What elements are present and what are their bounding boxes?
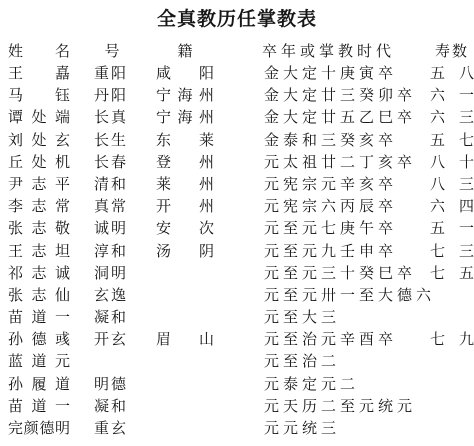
name-cell: 张志仙 (8, 285, 70, 307)
name-cell: 张志敬 (8, 218, 70, 240)
death-or-era-cell: 金大定廿三癸卯卒 (264, 85, 450, 107)
age-cell: 六一 (430, 85, 474, 107)
hao-cell: 长生 (94, 130, 134, 152)
hao-cell: 重玄 (94, 418, 134, 440)
table-row: 王志坦 淳和 汤阴 元至元九壬申卒 七三 (0, 241, 474, 263)
nativeplace-cell: 登州 (156, 152, 214, 174)
table-row: 苗道一 凝和 元天历二至元统元 (0, 396, 474, 418)
age-cell: 八十 (430, 152, 474, 174)
header-nativeplace: 籍 (156, 41, 214, 63)
table-row: 祁志诚 洞明 元至元三十癸巳卒 七五 (0, 263, 474, 285)
nativeplace-cell: 眉山 (156, 329, 214, 351)
nativeplace-cell: 东莱 (156, 130, 214, 152)
age-cell: 七九 (430, 329, 474, 351)
table-body: 王嚞 重阳 咸阳 金大定十庚寅卒 五八 马钰 丹阳 宁海州 金大定廿三癸卯卒 六… (0, 63, 474, 440)
hao-cell: 玄逸 (94, 285, 134, 307)
name-cell: 王嚞 (8, 63, 70, 85)
age-cell: 七三 (430, 241, 474, 263)
death-or-era-cell: 元泰定元二 (264, 374, 450, 396)
death-or-era-cell: 元至元卅一至大德六 (264, 285, 450, 307)
table-row: 张志仙 玄逸 元至元卅一至大德六 (0, 285, 474, 307)
name-cell: 完颜德明 (8, 418, 70, 440)
name-cell: 苗道一 (8, 307, 70, 329)
nativeplace-cell: 开州 (156, 196, 214, 218)
death-or-era-cell: 金泰和三癸亥卒 (264, 130, 450, 152)
table-header-row: 姓名 号 籍 卒年或掌教时代 寿数 (0, 41, 474, 63)
page-title: 全真教历任掌教表 (0, 0, 474, 32)
leaders-table: 姓名 号 籍 卒年或掌教时代 寿数 王嚞 重阳 咸阳 金大定十庚寅卒 五八 马钰… (0, 41, 474, 440)
name-cell: 孙德彧 (8, 329, 70, 351)
name-cell: 李志常 (8, 196, 70, 218)
nativeplace-cell: 安次 (156, 218, 214, 240)
death-or-era-cell: 元太祖廿二丁亥卒 (264, 152, 450, 174)
table-row: 丘处机 长春 登州 元太祖廿二丁亥卒 八十 (0, 152, 474, 174)
name-cell: 丘处机 (8, 152, 70, 174)
name-cell: 苗道一 (8, 396, 70, 418)
name-cell: 王志坦 (8, 241, 70, 263)
death-or-era-cell: 金大定十庚寅卒 (264, 63, 450, 85)
hao-cell: 淳和 (94, 241, 134, 263)
age-cell: 七五 (430, 263, 474, 285)
hao-cell: 凝和 (94, 396, 134, 418)
nativeplace-cell: 宁海州 (156, 85, 214, 107)
hao-cell: 长春 (94, 152, 134, 174)
table-row: 张志敬 诚明 安次 元至元七庚午卒 五一 (0, 218, 474, 240)
hao-cell: 凝和 (94, 307, 134, 329)
table-row: 蓝道元 元至治二 (0, 351, 474, 373)
nativeplace-cell: 莱州 (156, 174, 214, 196)
header-surname-givenname: 姓名 (8, 41, 70, 63)
death-or-era-cell: 元宪宗元辛亥卒 (264, 174, 450, 196)
header-death-or-era: 卒年或掌教时代 (262, 41, 448, 63)
hao-cell: 丹阳 (94, 85, 134, 107)
death-or-era-cell: 元天历二至元统元 (264, 396, 450, 418)
death-or-era-cell: 金大定廿五乙巳卒 (264, 107, 450, 129)
age-cell: 六四 (430, 196, 474, 218)
hao-cell: 长真 (94, 107, 134, 129)
hao-cell: 诚明 (94, 218, 134, 240)
table-row: 王嚞 重阳 咸阳 金大定十庚寅卒 五八 (0, 63, 474, 85)
hao-cell: 清和 (94, 174, 134, 196)
table-row: 谭处端 长真 宁海州 金大定廿五乙巳卒 六三 (0, 107, 474, 129)
table-row: 完颜德明 重玄 元元统三 (0, 418, 474, 440)
death-or-era-cell: 元至元九壬申卒 (264, 241, 450, 263)
name-cell: 蓝道元 (8, 351, 70, 373)
name-cell: 祁志诚 (8, 263, 70, 285)
name-cell: 谭处端 (8, 107, 70, 129)
header-hao: 号 (94, 41, 130, 63)
age-cell: 八三 (430, 174, 474, 196)
nativeplace-cell: 宁海州 (156, 107, 214, 129)
hao-cell: 洞明 (94, 263, 134, 285)
age-cell: 六三 (430, 107, 474, 129)
name-cell: 马钰 (8, 85, 70, 107)
age-cell: 五一 (430, 218, 474, 240)
table-row: 刘处玄 长生 东莱 金泰和三癸亥卒 五七 (0, 130, 474, 152)
hao-cell: 明德 (94, 374, 134, 396)
nativeplace-cell: 咸阳 (156, 63, 214, 85)
name-cell: 刘处玄 (8, 130, 70, 152)
death-or-era-cell: 元至大三 (264, 307, 450, 329)
table-row: 孙履道 明德 元泰定元二 (0, 374, 474, 396)
death-or-era-cell: 元宪宗六丙辰卒 (264, 196, 450, 218)
name-cell: 尹志平 (8, 174, 70, 196)
scanned-page: { "title": "全真教历任掌教表", "table": { "heade… (0, 0, 474, 446)
hao-cell: 真常 (94, 196, 134, 218)
table-row: 李志常 真常 开州 元宪宗六丙辰卒 六四 (0, 196, 474, 218)
table-row: 孙德彧 开玄 眉山 元至治元辛酉卒 七九 (0, 329, 474, 351)
death-or-era-cell: 元至元七庚午卒 (264, 218, 450, 240)
table-row: 马钰 丹阳 宁海州 金大定廿三癸卯卒 六一 (0, 85, 474, 107)
death-or-era-cell: 元至治二 (264, 351, 450, 373)
table-row: 苗道一 凝和 元至大三 (0, 307, 474, 329)
header-age: 寿数 (430, 41, 474, 63)
nativeplace-cell: 汤阴 (156, 241, 214, 263)
death-or-era-cell: 元至元三十癸巳卒 (264, 263, 450, 285)
hao-cell: 开玄 (94, 329, 134, 351)
age-cell: 五八 (430, 63, 474, 85)
death-or-era-cell: 元至治元辛酉卒 (264, 329, 450, 351)
death-or-era-cell: 元元统三 (264, 418, 450, 440)
name-cell: 孙履道 (8, 374, 70, 396)
age-cell: 五七 (430, 130, 474, 152)
hao-cell: 重阳 (94, 63, 134, 85)
table-row: 尹志平 清和 莱州 元宪宗元辛亥卒 八三 (0, 174, 474, 196)
